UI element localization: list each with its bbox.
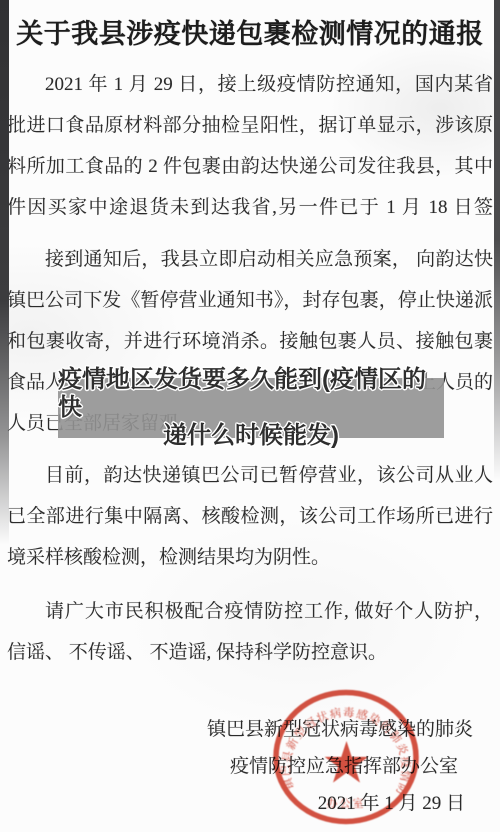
notice-photo: 关于我县涉疫快递包裹检测情况的通报 2021 年 1 月 29 日，接上级疫情防… [0, 0, 500, 832]
notice-line: 接到通知后，我县立即启动相关应急预案， 向韵达快递 [7, 239, 493, 280]
caption-line-1: 疫情地区发货要多久能到(疫情区的快 [58, 366, 444, 422]
caption-overlay: 疫情地区发货要多久能到(疫情区的快 递什么时候能发) [58, 378, 444, 438]
caption-line-2: 递什么时候能发) [163, 422, 339, 450]
notice-line: 批进口食品原材料部分抽检呈阳性，据订单显示，涉该原材 [7, 105, 493, 146]
occluded-line-left-fragment: 食品人 [7, 362, 64, 403]
photo-edge-shadow-right [494, 0, 500, 480]
notice-line: 件因买家中途退货未到达我省,另一件已于 1 月 18 日签收。 [7, 187, 493, 228]
notice-line: 镇巴公司下发《暂停营业通知书》，封存包裹，停止快递派送 [7, 280, 493, 321]
notice-line: 2021 年 1 月 29 日，接上级疫情防控通知，国内某省一 [7, 64, 493, 105]
seal-star-icon [325, 741, 369, 783]
seal-bottom-text: 办公室 [327, 796, 366, 810]
notice-line: 信谣、 不传谣、 不造谣, 保持科学防控意识。 [7, 632, 493, 673]
official-seal: 镇巴县新型冠状病毒感染的肺炎疫情防控应急指挥部 办公室 [271, 687, 421, 827]
photo-edge-shadow-left [0, 0, 9, 545]
notice-line: 请广大市民积极配合疫情防控工作, 做好个人防护， 不 [7, 591, 493, 632]
notice-line: 和包裹收寄，并进行环境消杀。接触包裹人员、接触包裹内 [7, 321, 493, 362]
seal-graphic: 镇巴县新型冠状病毒感染的肺炎疫情防控应急指挥部 办公室 [276, 693, 416, 822]
notice-title: 关于我县涉疫快递包裹检测情况的通报 [7, 12, 493, 64]
notice-line: 料所加工食品的 2 件包裹由韵达快递公司发往我县，其中一 [7, 146, 493, 187]
notice-line: 目前，韵达快递镇巴公司已暂停营业，该公司从业人员 [7, 455, 493, 496]
notice-line: 境采样核酸检测，检测结果均为阴性。 [7, 537, 493, 578]
notice-line: 已全部进行集中隔离、核酸检测，该公司工作场所已进行环 [7, 496, 493, 537]
